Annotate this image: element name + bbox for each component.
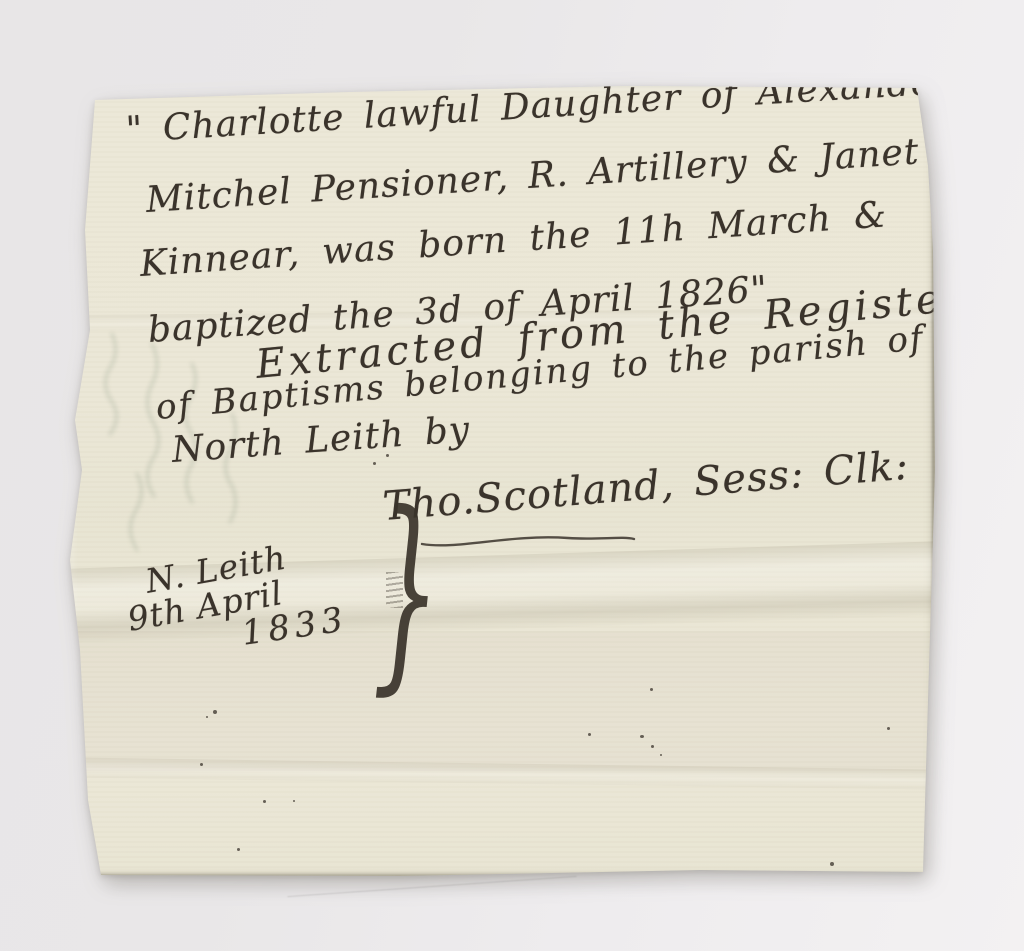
- ink-spot: [206, 716, 208, 718]
- ink-spot: [386, 454, 389, 457]
- paper-shading: [68, 631, 936, 771]
- ink-spot: [588, 733, 591, 736]
- crease-hatch-marks: [386, 572, 403, 608]
- ink-spot: [887, 727, 890, 730]
- clerk-signature: Tho.Scotland, Sess: Clk:: [381, 443, 910, 530]
- ink-spot: [651, 745, 654, 748]
- docket-brace: }: [372, 490, 441, 692]
- ink-spot: [293, 800, 295, 802]
- ink-spot: [237, 848, 240, 851]
- paper-shadow-wrapper: " Charlotte lawful Daughter of Alexander…: [0, 0, 1024, 951]
- ink-spot: [213, 710, 217, 714]
- ink-spot: [373, 462, 376, 465]
- ink-spot: [263, 800, 266, 803]
- document-paper: " Charlotte lawful Daughter of Alexander…: [68, 86, 936, 878]
- photo-scene: " Charlotte lawful Daughter of Alexander…: [0, 0, 1024, 951]
- ink-spot: [830, 862, 834, 866]
- ink-spot: [640, 735, 644, 738]
- ink-spot: [660, 754, 662, 756]
- paper-right-edge-shade: [932, 88, 935, 872]
- signature-underline-flourish: [418, 530, 638, 552]
- paper-bottom-edge-shade: [88, 874, 932, 877]
- ink-spot: [200, 763, 203, 766]
- ink-spot: [650, 688, 653, 691]
